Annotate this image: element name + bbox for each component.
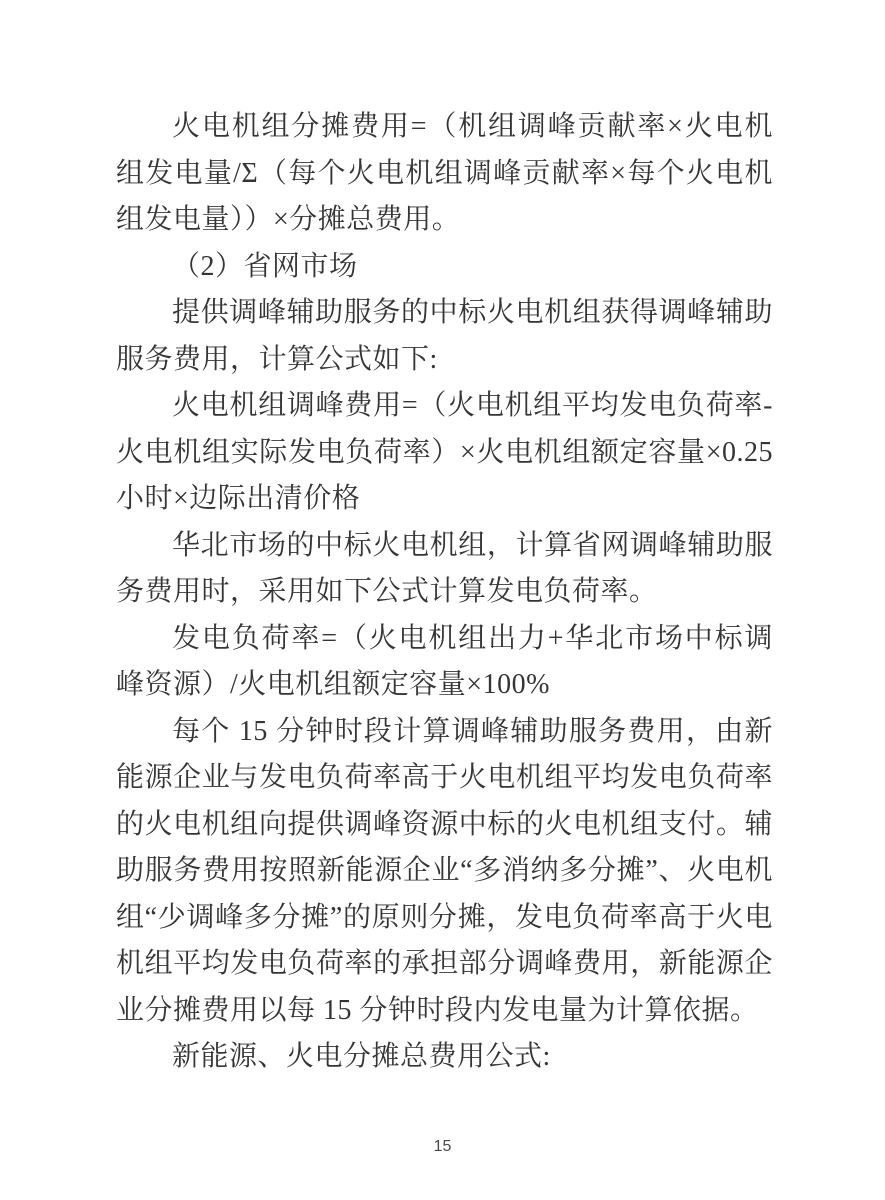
paragraph: （2）省网市场 [116,244,773,291]
paragraph: 火电机组分摊费用=（机组调峰贡献率×火电机组发电量/Σ（每个火电机组调峰贡献率×… [116,104,773,244]
document-body: 火电机组分摊费用=（机组调峰贡献率×火电机组发电量/Σ（每个火电机组调峰贡献率×… [116,104,773,1081]
paragraph: 发电负荷率=（火电机组出力+华北市场中标调峰资源）/火电机组额定容量×100% [116,616,773,709]
paragraph: 每个 15 分钟时段计算调峰辅助服务费用，由新能源企业与发电负荷率高于火电机组平… [116,709,773,1035]
paragraph: 提供调峰辅助服务的中标火电机组获得调峰辅助服务费用，计算公式如下: [116,290,773,383]
paragraph: 华北市场的中标火电机组，计算省网调峰辅助服务费用时，采用如下公式计算发电负荷率。 [116,523,773,616]
page-number: 15 [434,1138,452,1156]
page-footer: 15 [0,1138,885,1200]
paragraph: 新能源、火电分摊总费用公式: [116,1034,773,1081]
paragraph: 火电机组调峰费用=（火电机组平均发电负荷率-火电机组实际发电负荷率）×火电机组额… [116,383,773,523]
document-page: 火电机组分摊费用=（机组调峰贡献率×火电机组发电量/Σ（每个火电机组调峰贡献率×… [0,0,885,1200]
